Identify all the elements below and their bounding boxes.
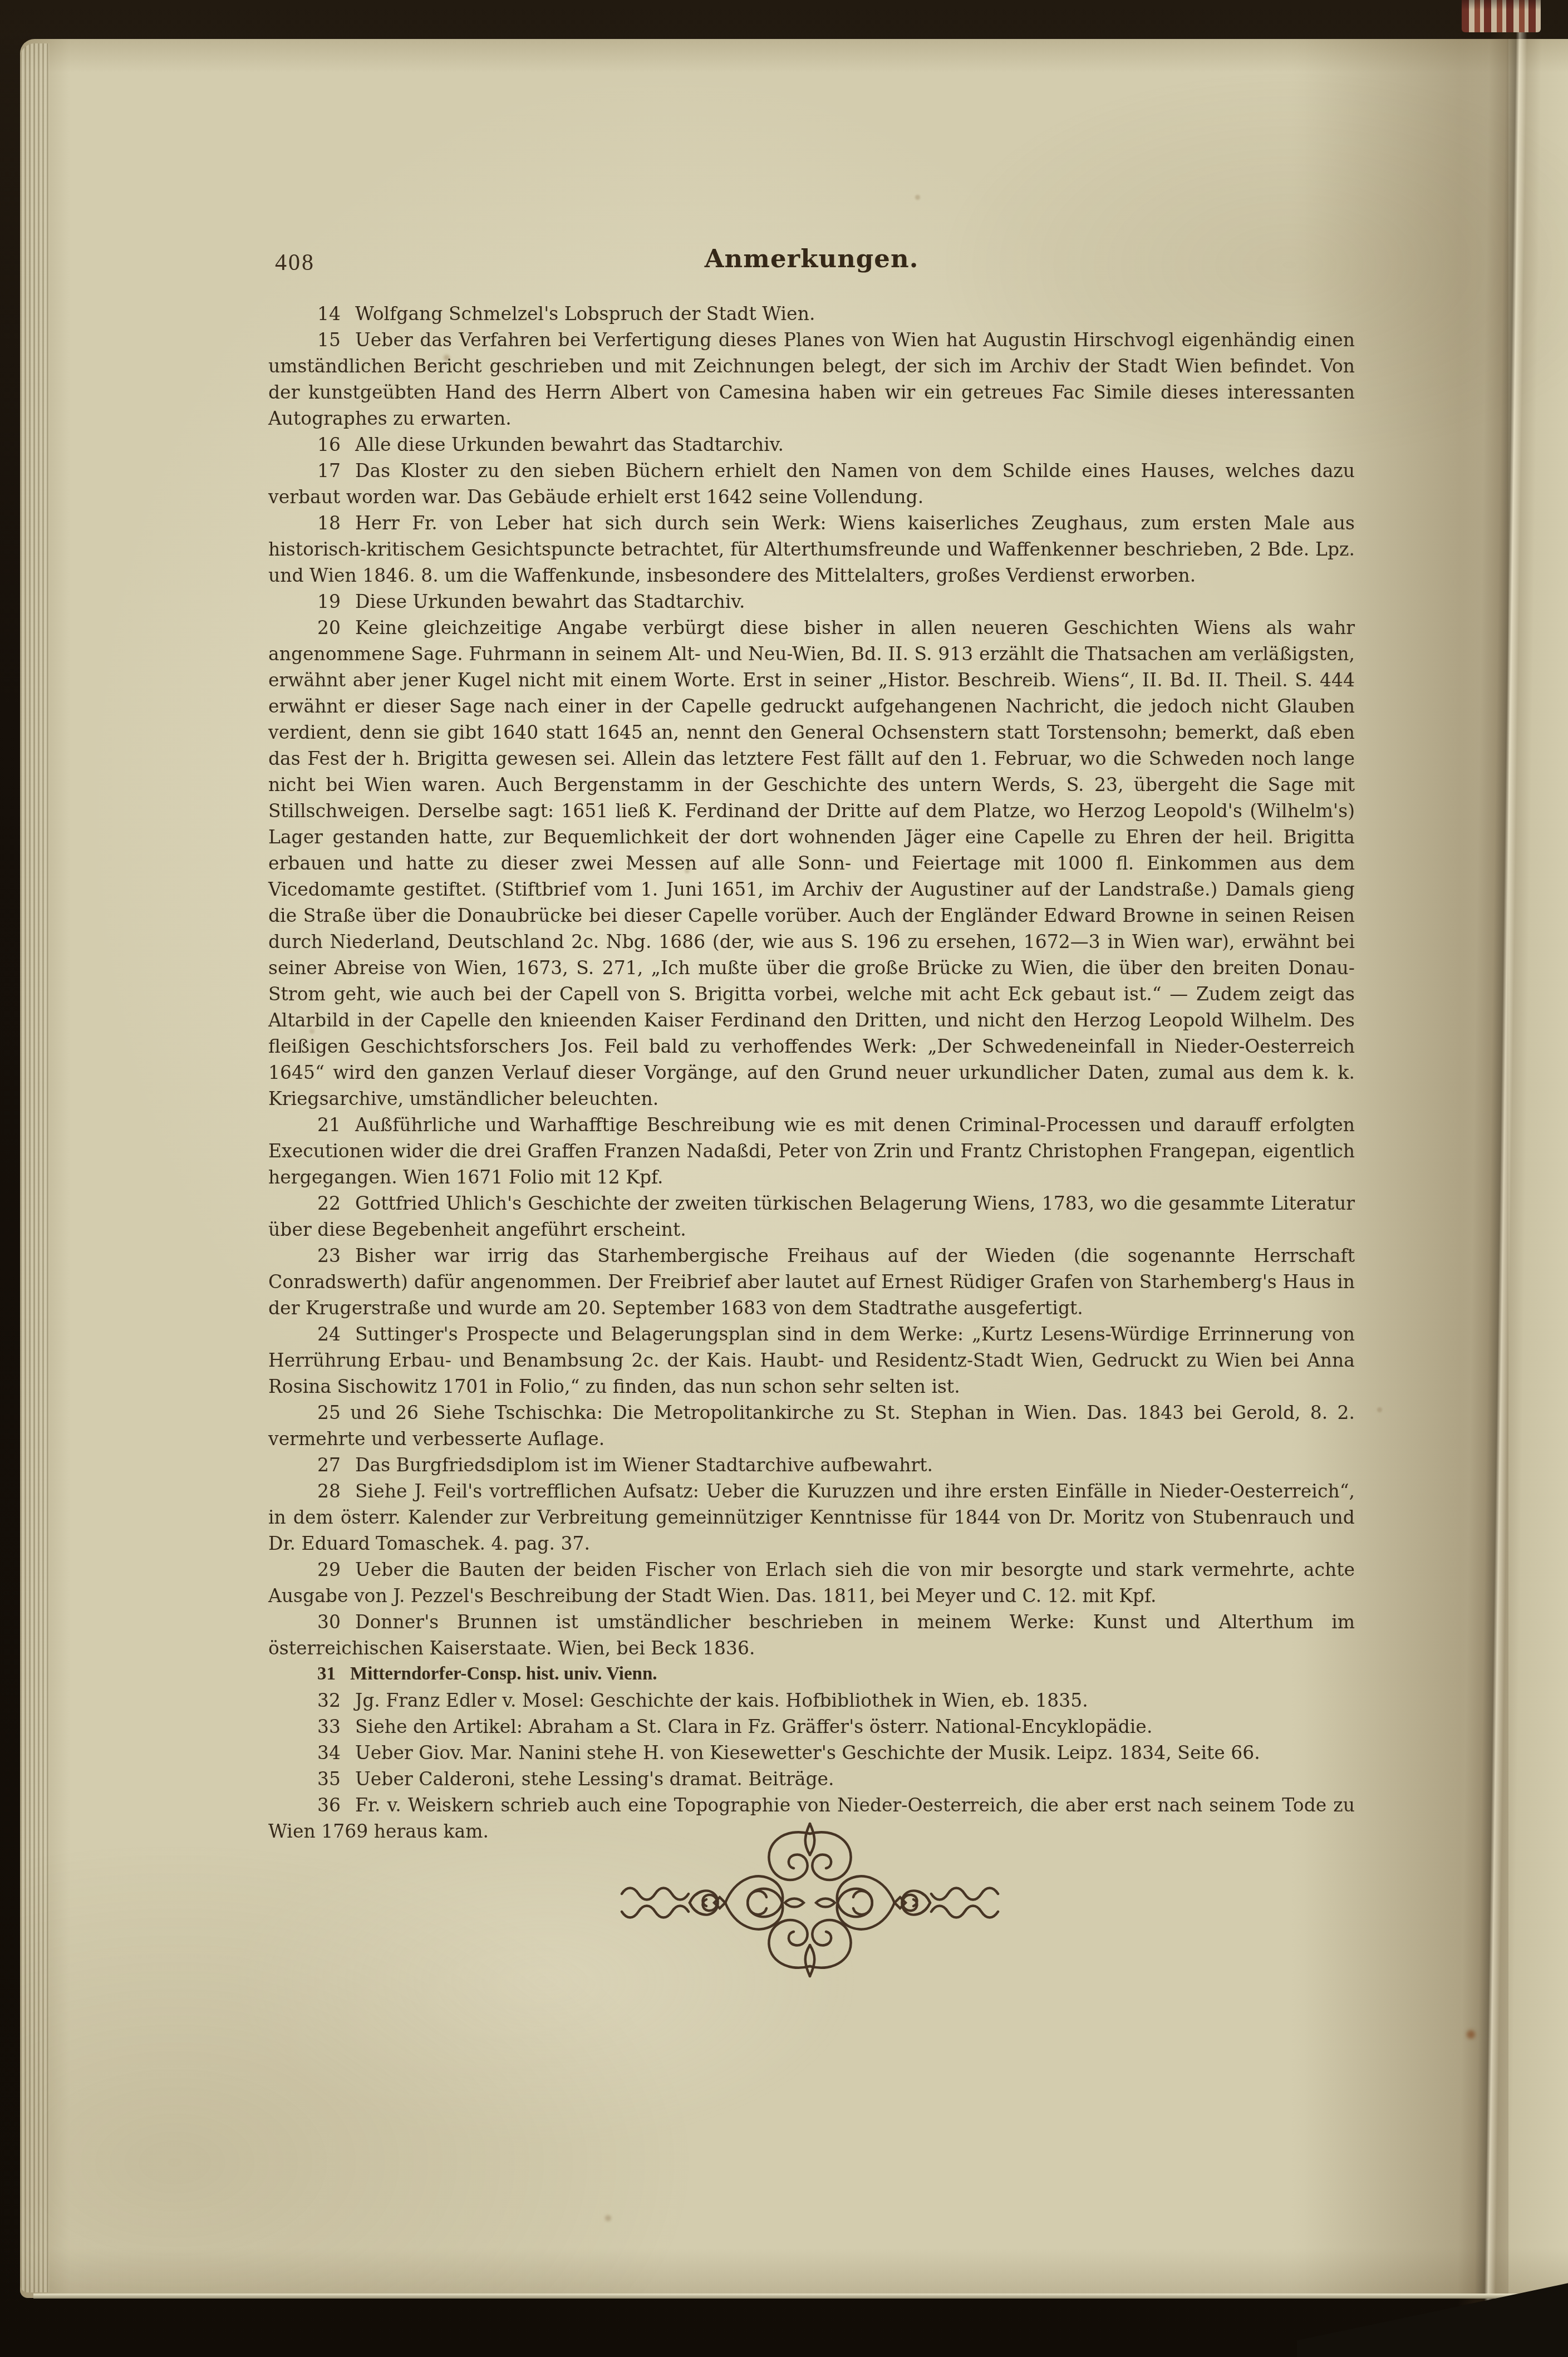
note-text: Wolfgang Schmelzel's Lobspruch der Stadt…: [355, 303, 815, 325]
note-number: 32: [317, 1690, 355, 1711]
note-number: 16: [317, 434, 355, 455]
note-item: 27Das Burgfriedsdiplom ist im Wiener Sta…: [268, 1452, 1355, 1478]
note-item: 28Siehe J. Feil's vortrefflichen Aufsatz…: [268, 1478, 1355, 1556]
scanned-book-photo: { "page": { "number": "408", "title": "A…: [0, 0, 1568, 2357]
note-number: 22: [317, 1192, 355, 1214]
note-number: 15: [317, 329, 355, 351]
note-number: 19: [317, 591, 355, 612]
note-number: 21: [317, 1114, 355, 1136]
note-text: Alle diese Urkunden bewahrt das Stadtarc…: [355, 434, 784, 455]
note-item: 17Das Kloster zu den sieben Büchern erhi…: [268, 458, 1355, 510]
note-number: 36: [317, 1794, 355, 1816]
bottom-page-edge: [33, 2294, 1536, 2299]
note-text: Ueber das Verfahren bei Verfertigung die…: [268, 329, 1355, 429]
note-number: 27: [317, 1454, 355, 1476]
note-item: 21Außführliche und Warhafftige Beschreib…: [268, 1112, 1355, 1190]
note-item: 19Diese Urkunden bewahrt das Stadtarchiv…: [268, 588, 1355, 615]
note-item: 29Ueber die Bauten der beiden Fischer vo…: [268, 1556, 1355, 1609]
note-text: Das Kloster zu den sieben Büchern erhiel…: [268, 460, 1355, 508]
note-item: 31Mitterndorfer-Consp. hist. univ. Vienn…: [268, 1661, 1355, 1687]
note-number: 34: [317, 1742, 355, 1764]
note-text: Diese Urkunden bewahrt das Stadtarchiv.: [355, 591, 745, 612]
note-item: 23Bisher war irrig das Starhembergische …: [268, 1243, 1355, 1321]
note-text: Bisher war irrig das Starhembergische Fr…: [268, 1245, 1355, 1319]
note-text: Suttinger's Prospecte und Belagerungspla…: [268, 1323, 1355, 1397]
note-number: 35: [317, 1768, 355, 1790]
note-item: 30Donner's Brunnen ist umständlicher bes…: [268, 1609, 1355, 1661]
note-text: Keine gleichzeitige Angabe verbürgt dies…: [268, 617, 1355, 1109]
note-number: 25 und 26: [317, 1402, 433, 1423]
note-number: 23: [317, 1245, 355, 1266]
headband: [1462, 0, 1541, 32]
note-item: 14Wolfgang Schmelzel's Lobspruch der Sta…: [268, 301, 1355, 327]
notes-list: 14Wolfgang Schmelzel's Lobspruch der Sta…: [268, 301, 1355, 1844]
note-item: 24Suttinger's Prospecte und Belagerungsp…: [268, 1321, 1355, 1400]
note-number: 20: [317, 617, 355, 639]
note-text: Siehe den Artikel: Abraham a St. Clara i…: [355, 1716, 1152, 1737]
note-item: 35Ueber Calderoni, stehe Lessing's drama…: [268, 1766, 1355, 1792]
note-number: 18: [317, 512, 355, 534]
note-number: 24: [317, 1323, 355, 1345]
note-text: Ueber Giov. Mar. Nanini stehe H. von Kie…: [355, 1742, 1260, 1764]
note-number: 33: [317, 1716, 355, 1737]
note-number: 29: [317, 1559, 355, 1580]
note-text: Donner's Brunnen ist umständlicher besch…: [268, 1611, 1355, 1659]
note-text: Außführliche und Warhafftige Beschreibun…: [268, 1114, 1355, 1188]
note-number: 28: [317, 1480, 355, 1502]
tailpiece-ornament: [615, 1819, 1005, 1981]
note-text: Gottfried Uhlich's Geschichte der zweite…: [268, 1192, 1355, 1240]
note-text: Siehe J. Feil's vortrefflichen Aufsatz: …: [268, 1480, 1355, 1554]
note-text: Ueber Calderoni, stehe Lessing's dramat.…: [355, 1768, 834, 1790]
note-item: 15Ueber das Verfahren bei Verfertigung d…: [268, 327, 1355, 431]
note-number: 14: [317, 303, 355, 325]
note-item: 25 und 26Siehe Tschischka: Die Metropoli…: [268, 1400, 1355, 1452]
note-text: Jg. Franz Edler v. Mosel: Geschichte der…: [355, 1690, 1088, 1711]
note-item: 16Alle diese Urkunden bewahrt das Stadta…: [268, 431, 1355, 458]
note-text: Herr Fr. von Leber hat sich durch sein W…: [268, 512, 1355, 586]
note-item: 18Herr Fr. von Leber hat sich durch sein…: [268, 510, 1355, 588]
page-edge-stack: [20, 43, 49, 2292]
note-text: Das Burgfriedsdiplom ist im Wiener Stadt…: [355, 1454, 933, 1476]
note-number: 31: [317, 1664, 350, 1684]
note-number: 30: [317, 1611, 355, 1633]
note-item: 33Siehe den Artikel: Abraham a St. Clara…: [268, 1713, 1355, 1740]
note-text: Mitterndorfer-Consp. hist. univ. Vienn.: [350, 1664, 657, 1684]
note-item: 22Gottfried Uhlich's Geschichte der zwei…: [268, 1190, 1355, 1243]
note-text: Ueber die Bauten der beiden Fischer von …: [268, 1559, 1355, 1607]
running-head-title: Anmerkungen.: [268, 244, 1355, 273]
note-item: 20Keine gleichzeitige Angabe verbürgt di…: [268, 615, 1355, 1112]
note-item: 32Jg. Franz Edler v. Mosel: Geschichte d…: [268, 1687, 1355, 1713]
foxing-spots: [0, 0, 3, 3]
note-number: 17: [317, 460, 355, 482]
note-item: 34Ueber Giov. Mar. Nanini stehe H. von K…: [268, 1740, 1355, 1766]
